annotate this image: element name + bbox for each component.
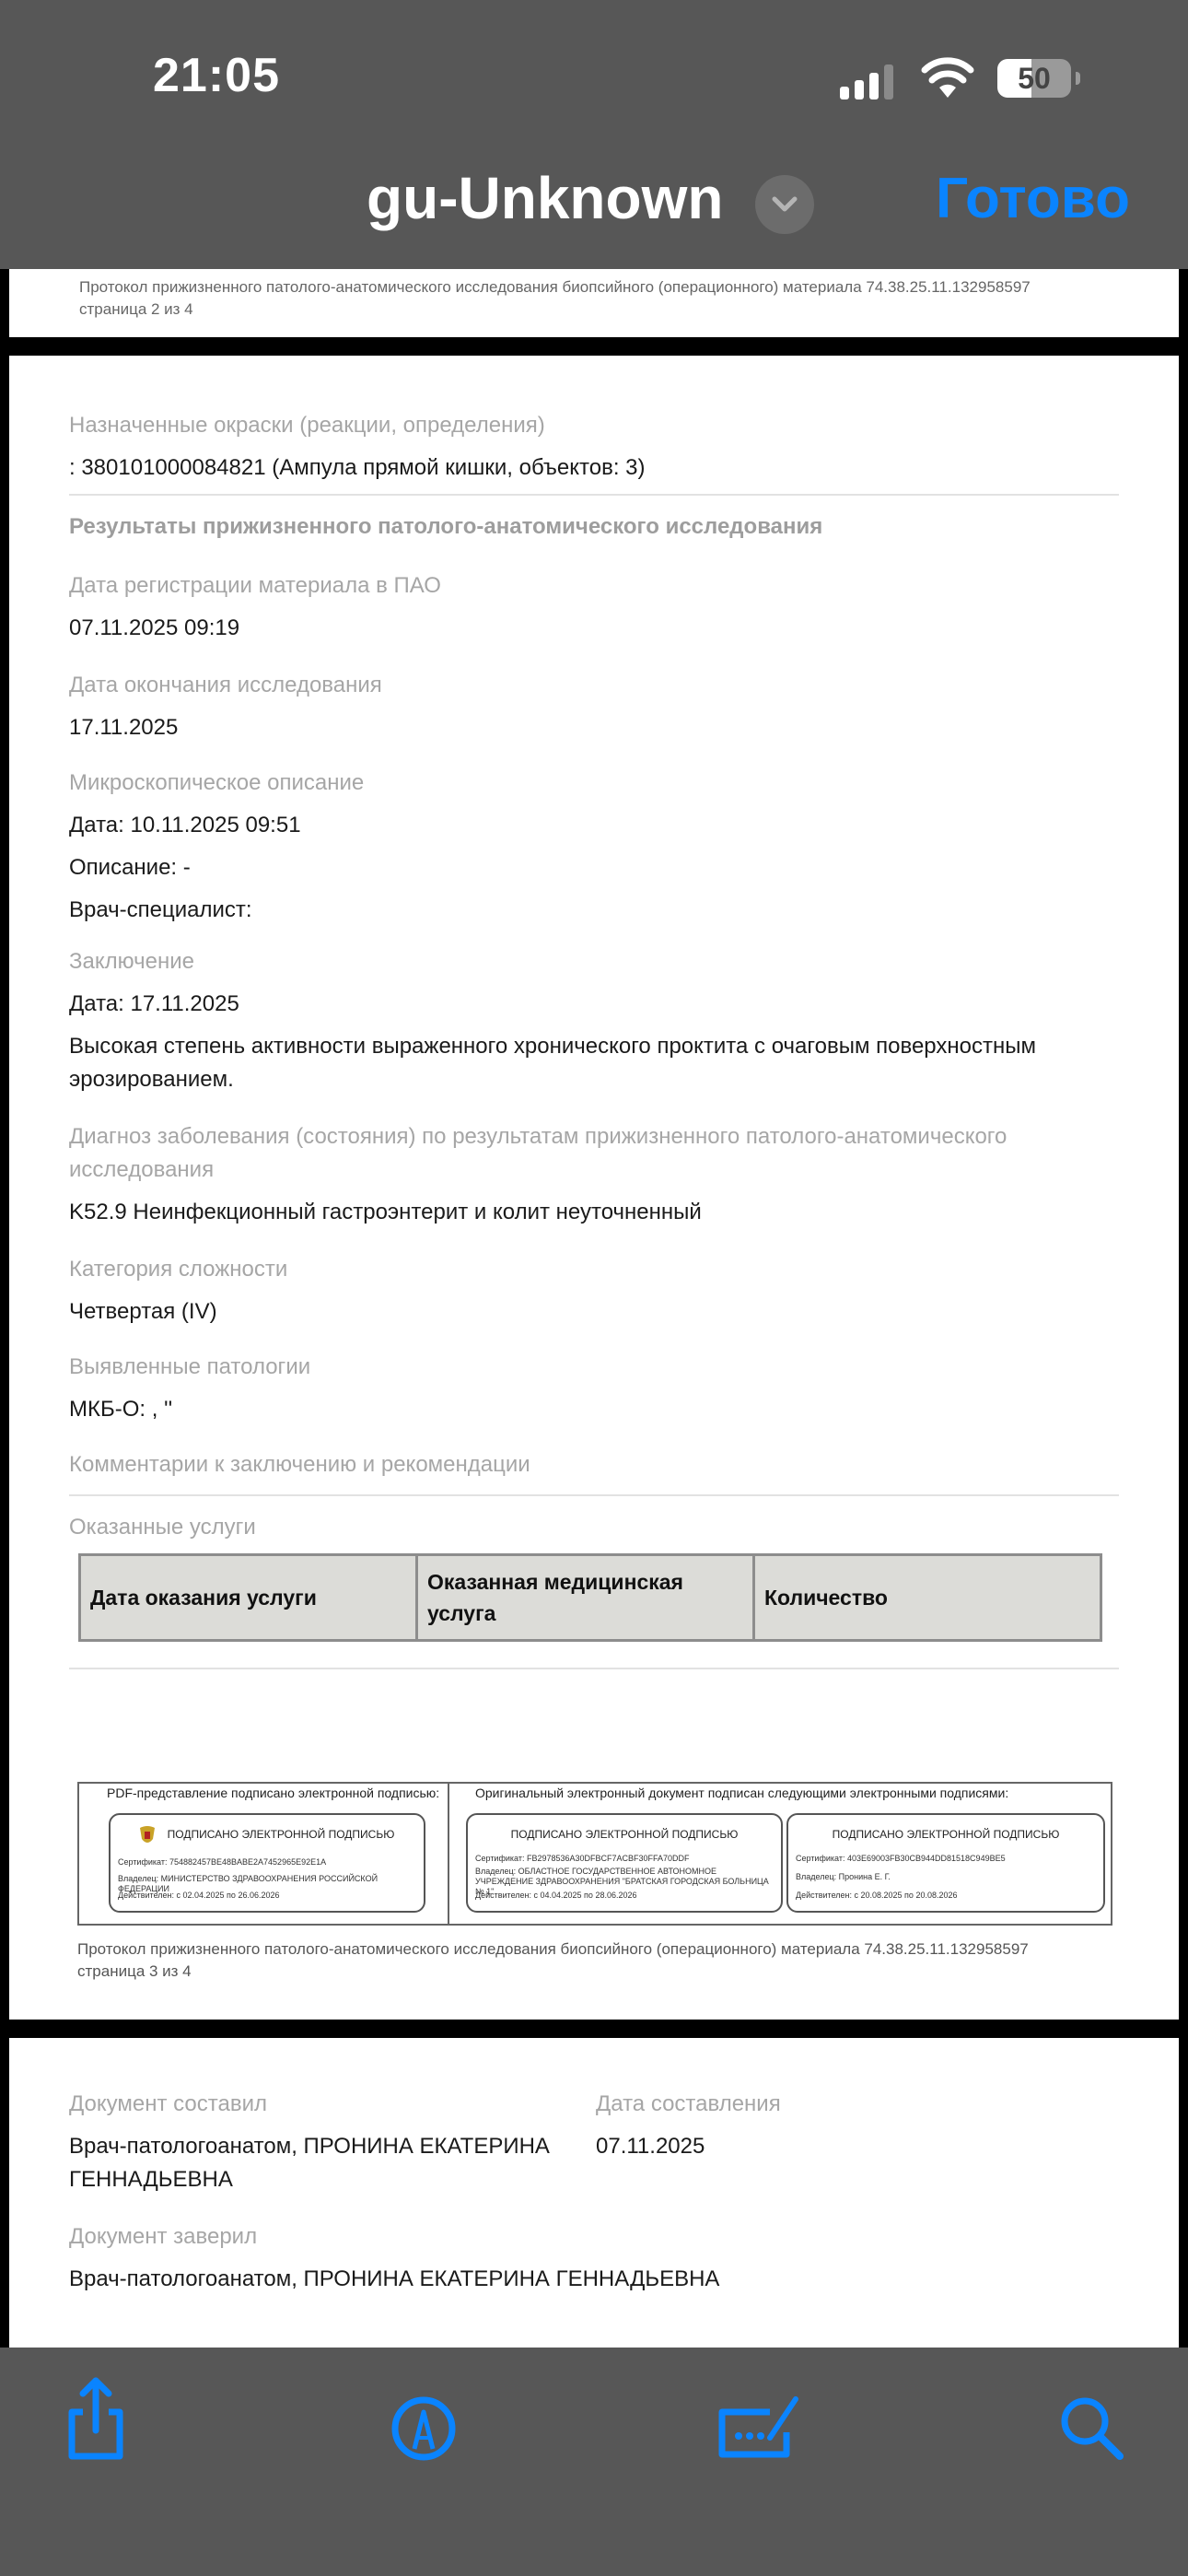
title-menu-button[interactable] [755,175,814,234]
reg-date-value: 07.11.2025 09:19 [69,612,239,645]
signature-valid: Действителен: с 04.04.2025 по 28.06.2026 [475,1891,636,1901]
protocol-number: Протокол прижизненного патолого-анатомич… [77,1938,1029,1961]
stains-value: : 380101000084821 (Ампула прямой кишки, … [69,451,646,485]
col-header-date: Дата оказания услуги [80,1555,417,1641]
signature-icon[interactable] [713,2395,805,2464]
search-icon[interactable] [1059,2395,1125,2462]
divider [69,1668,1119,1669]
cellular-signal-icon [840,64,897,100]
pdf-page-4: Документ составил Врач-патологоанатом, П… [9,2038,1179,2348]
page-number: страница 2 из 4 [79,299,1031,321]
signature-card-title: ПОДПИСАНО ЭЛЕКТРОННОЙ ПОДПИСЬЮ [788,1828,1103,1841]
diagnosis-value: K52.9 Неинфекционный гастроэнтерит и кол… [69,1196,702,1229]
conclusion-text: Высокая степень активности выраженного х… [69,1030,1119,1096]
table-header-row: Дата оказания услуги Оказанная медицинск… [80,1555,1101,1641]
signature-block: PDF-представление подписано электронной … [77,1782,1112,1926]
compiled-date-value: 07.11.2025 [596,2130,705,2163]
col-header-quantity: Количество [753,1555,1101,1641]
wifi-icon [921,55,974,100]
diagnosis-label: Диагноз заболевания (состояния) по резул… [69,1120,1119,1187]
page-number: страница 3 из 4 [77,1961,1029,1983]
bottom-toolbar [0,2348,1188,2576]
signature-cert: Сертификат: 403E69003FB30CB944DD81518C94… [796,1854,1006,1864]
comments-label: Комментарии к заключению и рекомендации [69,1448,530,1481]
signature-valid: Действителен: с 20.08.2025 по 20.08.2026 [796,1891,957,1901]
divider [448,1784,449,1924]
pathologies-value: МКБ-О: , '' [69,1393,172,1426]
signature-card-hospital: ПОДПИСАНО ЭЛЕКТРОННОЙ ПОДПИСЬЮ Сертифика… [466,1813,783,1913]
status-time: 21:05 [153,48,280,103]
original-signed-heading: Оригинальный электронный документ подпис… [475,1786,1008,1800]
share-icon[interactable] [61,2375,131,2464]
pdf-page-3: Назначенные окраски (реакции, определени… [9,356,1179,2020]
document-title[interactable]: gu-Unknown [367,164,723,232]
certifier-value: Врач-патологоанатом, ПРОНИНА ЕКАТЕРИНА Г… [69,2263,719,2296]
services-label: Оказанные услуги [69,1511,256,1544]
conclusion-date: Дата: 17.11.2025 [69,988,239,1021]
divider [69,1494,1119,1496]
top-bar: 21:05 50 gu-Unknown Готово [0,0,1188,269]
results-heading: Результаты прижизненного патолого-анатом… [69,514,822,540]
pdf-signed-heading: PDF-представление подписано электронной … [107,1786,439,1800]
battery-indicator: 50 [997,59,1071,98]
end-date-value: 17.11.2025 [69,711,178,744]
compiled-date-label: Дата составления [596,2088,781,2121]
reg-date-label: Дата регистрации материала в ПАО [69,569,441,603]
signature-valid: Действителен: с 02.04.2025 по 26.06.2026 [118,1891,279,1901]
divider [69,494,1119,496]
signature-card-title: ПОДПИСАНО ЭЛЕКТРОННОЙ ПОДПИСЬЮ [468,1828,781,1841]
services-table: Дата оказания услуги Оказанная медицинск… [78,1553,1102,1642]
col-header-service: Оказанная медицинская услуга [416,1555,753,1641]
micro-doctor: Врач-специалист: [69,894,252,927]
battery-cap [1076,72,1080,85]
pathologies-label: Выявленные патологии [69,1351,310,1384]
author-value: Врач-патологоанатом, ПРОНИНА ЕКАТЕРИНА Г… [69,2130,585,2196]
micro-date: Дата: 10.11.2025 09:51 [69,809,301,842]
signature-cert: Сертификат: 754882457BE48BABE2A7452965E9… [118,1857,326,1868]
signature-card-title: ПОДПИСАНО ЭЛЕКТРОННОЙ ПОДПИСЬЮ [111,1828,424,1841]
chevron-down-icon [771,195,798,214]
certifier-label: Документ заверил [69,2220,257,2254]
signature-card-ministry: ПОДПИСАНО ЭЛЕКТРОННОЙ ПОДПИСЬЮ Сертифика… [109,1813,425,1913]
signature-owner: Владелец: Пронина Е. Г. [796,1872,891,1882]
complexity-label: Категория сложности [69,1253,287,1286]
micro-label: Микроскопическое описание [69,767,364,800]
signature-card-doctor: ПОДПИСАНО ЭЛЕКТРОННОЙ ПОДПИСЬЮ Сертифика… [786,1813,1105,1913]
stains-label: Назначенные окраски (реакции, определени… [69,409,545,442]
complexity-value: Четвертая (IV) [69,1295,217,1329]
page-footer: Протокол прижизненного патолого-анатомич… [79,276,1031,321]
conclusion-label: Заключение [69,945,194,978]
protocol-number: Протокол прижизненного патолого-анатомич… [79,276,1031,299]
signature-cert: Сертификат: FB2978536A30DFBCF7ACBF30FFA7… [475,1854,690,1864]
markup-icon[interactable] [390,2395,457,2462]
page-footer: Протокол прижизненного патолого-анатомич… [77,1938,1029,1983]
done-button[interactable]: Готово [936,166,1130,231]
micro-desc: Описание: - [69,851,191,884]
pdf-page-2: Протокол прижизненного патолого-анатомич… [9,269,1179,337]
author-label: Документ составил [69,2088,267,2121]
end-date-label: Дата окончания исследования [69,669,382,702]
